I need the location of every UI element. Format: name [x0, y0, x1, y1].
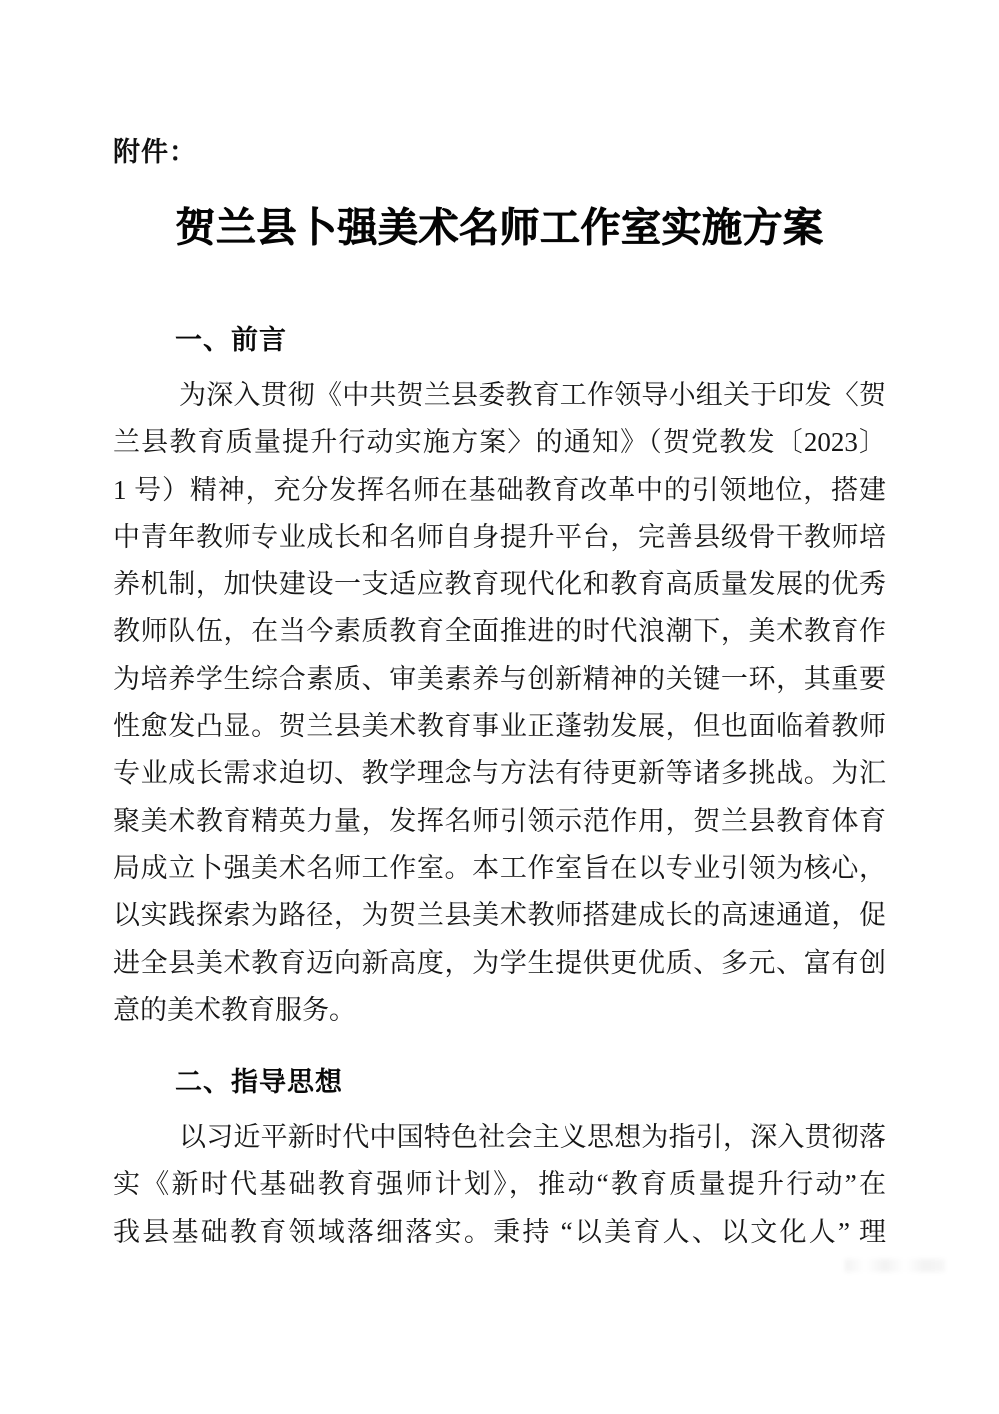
guiding-ideology-paragraph: 以习近平新时代中国特色社会主义思想为指引，深入贯彻落 实《新时代基础教育强师计划… — [113, 1114, 886, 1256]
body-line: 教师队伍，在当今素质教育全面推进的时代浪潮下，美术教育作 — [113, 608, 886, 655]
document-title: 贺兰县卜强美术名师工作室实施方案 — [113, 204, 886, 252]
document-page: 附件： 贺兰县卜强美术名师工作室实施方案 一、前言 为深入贯彻《中共贺兰县委教育… — [0, 0, 999, 1414]
body-line: 性愈发凸显。贺兰县美术教育事业正蓬勃发展，但也面临着教师 — [113, 703, 886, 750]
section-heading-preface: 一、前言 — [113, 322, 886, 358]
body-line: 进全县美术教育迈向新高度，为学生提供更优质、多元、富有创 — [113, 940, 886, 987]
body-line: 我县基础教育领域落细落实。秉持 “以美育人、以文化人” 理 — [113, 1209, 886, 1256]
body-line: 以实践探索为路径，为贺兰县美术教师搭建成长的高速通道，促 — [113, 892, 886, 939]
body-line: 聚美术教育精英力量，发挥名师引领示范作用，贺兰县教育体育 — [113, 798, 886, 845]
body-line: 兰县教育质量提升行动实施方案〉的通知》（贺党教发〔2023〕 — [113, 419, 886, 466]
body-line: 养机制，加快建设一支适应教育现代化和教育高质量发展的优秀 — [113, 561, 886, 608]
body-line: 意的美术教育服务。 — [113, 987, 886, 1034]
preface-paragraph: 为深入贯彻《中共贺兰县委教育工作领导小组关于印发〈贺 兰县教育质量提升行动实施方… — [113, 372, 886, 1034]
body-line: 为培养学生综合素质、审美素养与创新精神的关键一环，其重要 — [113, 656, 886, 703]
attachment-label: 附件： — [113, 136, 886, 168]
body-line: 中青年教师专业成长和名师自身提升平台，完善县级骨干教师培 — [113, 514, 886, 561]
body-line: 1 号）精神，充分发挥名师在基础教育改革中的引领地位，搭建 — [113, 467, 886, 514]
body-line: 局成立卜强美术名师工作室。本工作室旨在以专业引领为核心， — [113, 845, 886, 892]
body-line: 专业成长需求迫切、教学理念与方法有待更新等诸多挑战。为汇 — [113, 750, 886, 797]
section-heading-guiding-ideology: 二、指导思想 — [113, 1064, 886, 1100]
body-line: 以习近平新时代中国特色社会主义思想为指引，深入贯彻落 — [113, 1114, 886, 1161]
body-line: 实《新时代基础教育强师计划》，推动“教育质量提升行动”在 — [113, 1161, 886, 1208]
scan-artifact — [845, 1259, 945, 1272]
body-line: 为深入贯彻《中共贺兰县委教育工作领导小组关于印发〈贺 — [113, 372, 886, 419]
